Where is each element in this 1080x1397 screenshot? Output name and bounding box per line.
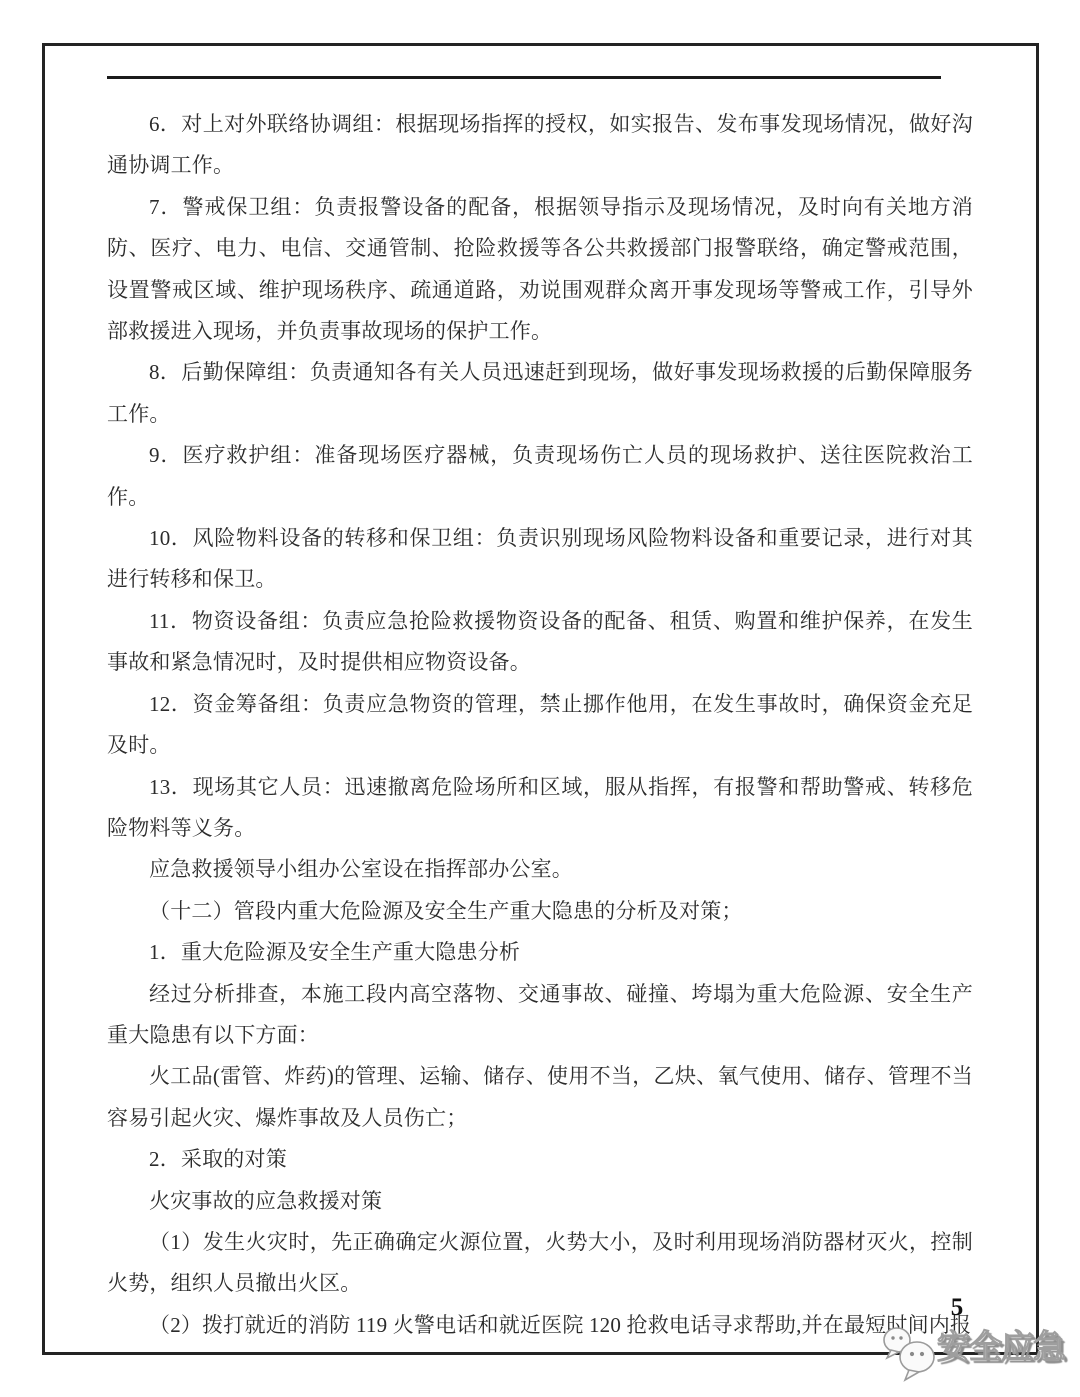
body-paragraph: 9．医疗救护组：准备现场医疗器械，负责现场伤亡人员的现场救护、送往医院救治工作。 bbox=[107, 435, 973, 518]
body-paragraph: 10．风险物料设备的转移和保卫组：负责识别现场风险物料设备和重要记录，进行对其进… bbox=[107, 518, 973, 601]
body-paragraph: 12．资金筹备组：负责应急物资的管理，禁止挪作他用，在发生事故时，确保资金充足及… bbox=[107, 684, 973, 767]
body-paragraph: 7．警戒保卫组：负责报警设备的配备，根据领导指示及现场情况，及时向有关地方消防、… bbox=[107, 187, 973, 353]
scanned-document-page: 6．对上对外联络协调组：根据现场指挥的授权，如实报告、发布事发现场情况，做好沟通… bbox=[0, 0, 1080, 1397]
body-paragraph: 8．后勤保障组：负责通知各有关人员迅速赶到现场，做好事发现场救援的后勤保障服务工… bbox=[107, 352, 973, 435]
chat-bubbles-icon bbox=[882, 1324, 938, 1382]
body-paragraph: （2）拨打就近的消防 119 火警电话和就近医院 120 抢救电话寻求帮助,并在… bbox=[107, 1305, 973, 1346]
body-paragraph: 13．现场其它人员：迅速撤离危险场所和区域，服从指挥，有报警和帮助警戒、转移危险… bbox=[107, 767, 973, 850]
body-paragraph: 6．对上对外联络协调组：根据现场指挥的授权，如实报告、发布事发现场情况，做好沟通… bbox=[107, 104, 973, 187]
document-body: 6．对上对外联络协调组：根据现场指挥的授权，如实报告、发布事发现场情况，做好沟通… bbox=[107, 104, 973, 1346]
body-paragraph: 火工品(雷管、炸药)的管理、运输、储存、使用不当，乙炔、氧气使用、储存、管理不当… bbox=[107, 1056, 973, 1139]
watermark: 安全应急 bbox=[882, 1316, 1080, 1386]
watermark-text: 安全应急 bbox=[937, 1330, 1065, 1363]
body-paragraph: 11．物资设备组：负责应急抢险救援物资设备的配备、租赁、购置和维护保养，在发生事… bbox=[107, 601, 973, 684]
body-paragraph: 1．重大危险源及安全生产重大隐患分析 bbox=[107, 932, 973, 973]
body-paragraph: （十二）管段内重大危险源及安全生产重大隐患的分析及对策； bbox=[107, 891, 973, 932]
body-paragraph: 应急救援领导小组办公室设在指挥部办公室。 bbox=[107, 849, 973, 890]
body-paragraph: 经过分析排查，本施工段内高空落物、交通事故、碰撞、垮塌为重大危险源、安全生产重大… bbox=[107, 974, 973, 1057]
header-rule bbox=[107, 76, 941, 79]
body-paragraph: 2．采取的对策 bbox=[107, 1139, 973, 1180]
body-paragraph: （1）发生火灾时，先正确确定火源位置，火势大小，及时利用现场消防器材灭火，控制火… bbox=[107, 1222, 973, 1305]
body-paragraph: 火灾事故的应急救援对策 bbox=[107, 1181, 973, 1222]
